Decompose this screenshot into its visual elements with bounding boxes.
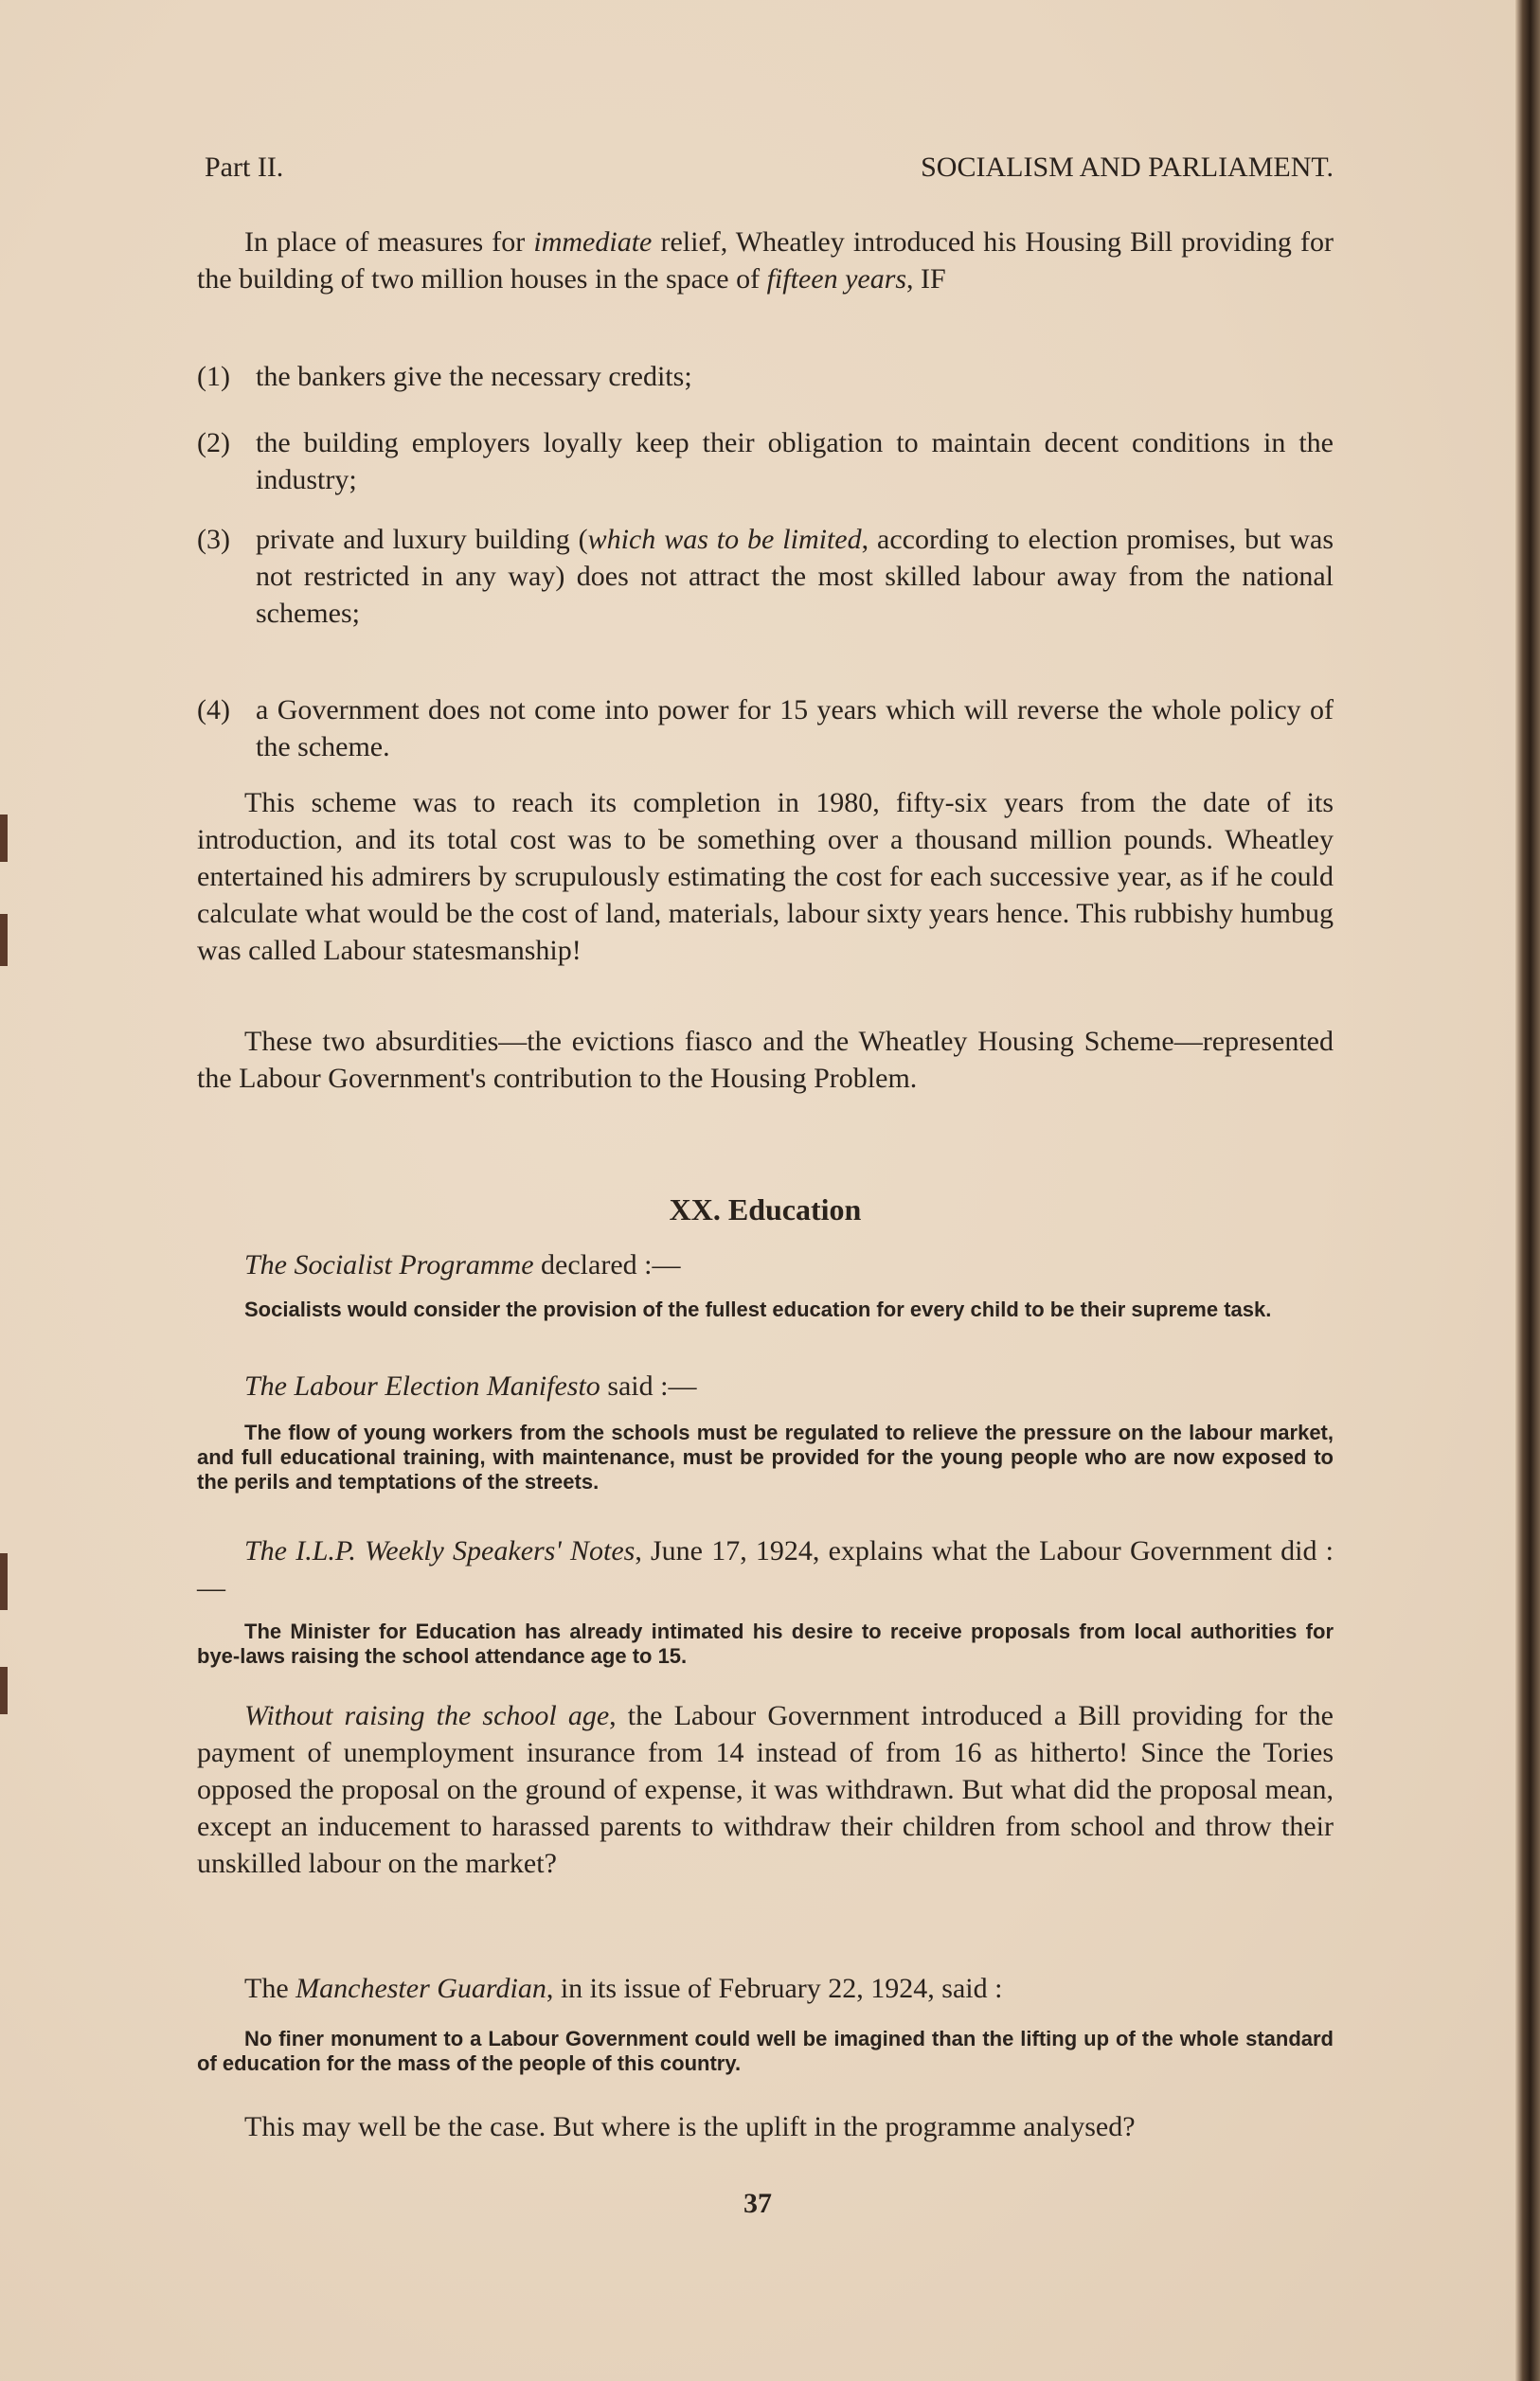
list-item: (4) a Government does not come into powe… [197, 691, 1334, 765]
conditions-list: (3) private and luxury building (which w… [197, 521, 1334, 632]
page-edge-mark [0, 1667, 8, 1714]
page-edge-mark [0, 914, 8, 966]
paragraph-absurdities: These two absurdities—the evictions fias… [197, 1023, 1334, 1097]
page-number: 37 [0, 2188, 1515, 2220]
quote-ilp-notes: The Minister for Education has already i… [197, 1620, 1334, 1669]
book-spine-edge [1515, 0, 1540, 2381]
quote-labour-manifesto: The flow of young workers from the schoo… [197, 1421, 1334, 1495]
quote-manchester-guardian: No finer monument to a Labour Government… [197, 2027, 1334, 2076]
intro-labour-manifesto: The Labour Election Manifesto said :— [197, 1368, 1334, 1405]
running-head: Part II. SOCIALISM AND PARLIAMENT. [205, 152, 1334, 184]
conditions-list: (1) the bankers give the necessary credi… [197, 358, 1334, 395]
paragraph-uplift: This may well be the case. But where is … [197, 2108, 1334, 2145]
conditions-list: (4) a Government does not come into powe… [197, 691, 1334, 765]
intro-manchester-guardian: The Manchester Guardian, in its issue of… [197, 1970, 1334, 2007]
part-label: Part II. [205, 152, 283, 184]
intro-socialist-programme: The Socialist Programme declared :— [197, 1246, 1334, 1283]
page-edge-mark [0, 1553, 8, 1610]
paragraph-housing-bill: In place of measures for immediate relie… [197, 224, 1334, 297]
paragraph-school-age: Without raising the school age, the Labo… [197, 1697, 1334, 1882]
paragraph-scheme-cost: This scheme was to reach its completion … [197, 784, 1334, 969]
list-item: (3) private and luxury building (which w… [197, 521, 1334, 632]
list-item: (2) the building employers loyally keep … [197, 424, 1334, 498]
quote-socialist-programme: Socialists would consider the provision … [197, 1298, 1334, 1322]
page-edge-mark [0, 815, 8, 862]
section-heading: XX. Education [197, 1191, 1334, 1228]
intro-ilp-notes: The I.L.P. Weekly Speakers' Notes, June … [197, 1532, 1334, 1606]
list-item: (1) the bankers give the necessary credi… [197, 358, 1334, 395]
conditions-list: (2) the building employers loyally keep … [197, 424, 1334, 498]
book-title: SOCIALISM AND PARLIAMENT. [921, 152, 1334, 184]
